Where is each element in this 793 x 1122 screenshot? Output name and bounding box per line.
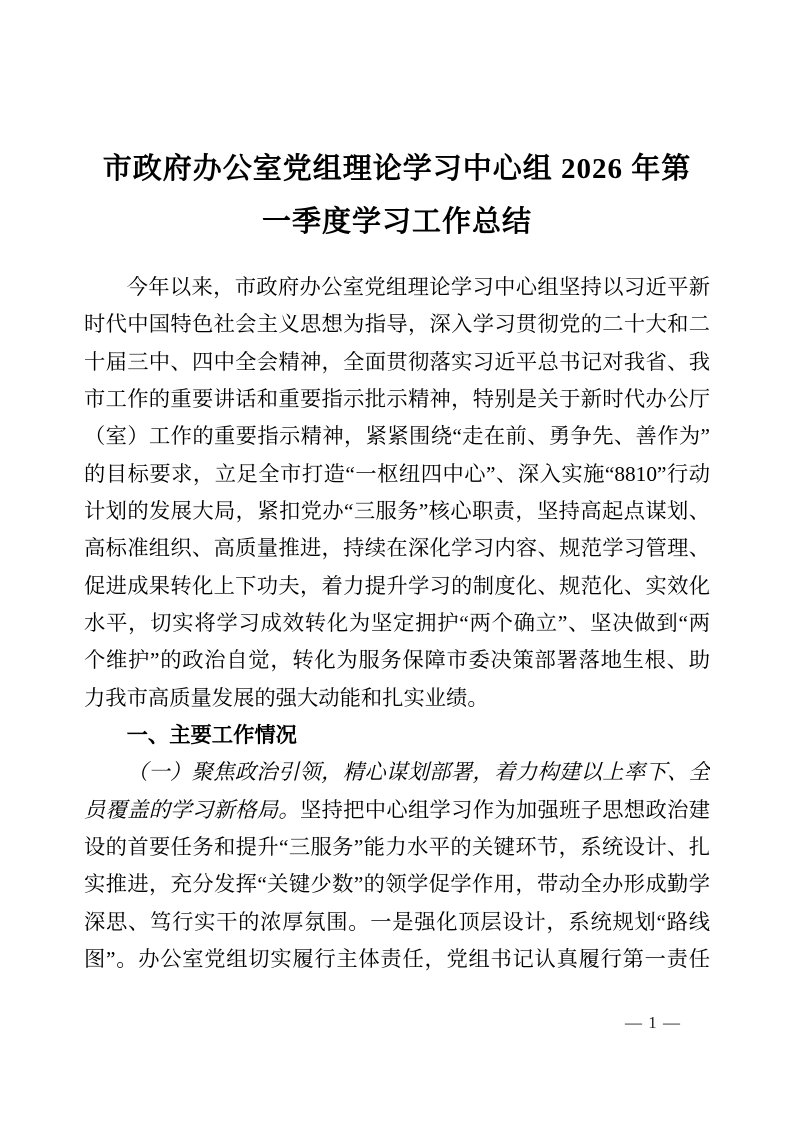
- intro-paragraph-line: 十届三中、四中全会精神，全面贯彻落实习近平总书记对我省、我: [84, 344, 710, 381]
- subsection-paragraph-line: 设的首要任务和提升“三服务”能力水平的关键环节，系统设计、扎: [84, 829, 710, 866]
- intro-paragraph-line: 市工作的重要讲话和重要指示批示精神，特别是关于新时代办公厅: [84, 381, 710, 418]
- intro-paragraph-line: 促进成果转化上下功夫，着力提升学习的制度化、规范化、实效化: [84, 568, 710, 605]
- subsection-lead-tail: 员覆盖的学习新格局。: [84, 798, 300, 822]
- intro-paragraph-line: 力我市高质量发展的强大动能和扎实业绩。: [84, 680, 710, 717]
- intro-paragraph-line: 个维护”的政治自觉，转化为服务保障市委决策部署落地生根、助: [84, 642, 710, 679]
- intro-paragraph-line: 计划的发展大局，紧扣党办“三服务”核心职责，坚持高起点谋划、: [84, 493, 710, 530]
- title-line-2: 一季度学习工作总结: [84, 196, 710, 249]
- intro-paragraph-line: 的目标要求，立足全市打造“一枢纽四中心”、深入实施“8810”行动: [84, 456, 710, 493]
- document-body: 今年以来，市政府办公室党组理论学习中心组坚持以习近平新 时代中国特色社会主义思想…: [84, 269, 710, 978]
- intro-paragraph-line: （室）工作的重要指示精神，紧紧围绕“走在前、勇争先、善作为”: [84, 418, 710, 455]
- page-number: — 1 —: [625, 1012, 681, 1034]
- subsection-lead-line: （一）聚焦政治引领，精心谋划部署，着力构建以上率下、全: [84, 754, 710, 791]
- title-line-1: 市政府办公室党组理论学习中心组 2026 年第: [84, 143, 710, 196]
- subsection-paragraph-line: 实推进，充分发挥“关键少数”的领学促学作用，带动全办形成勤学: [84, 866, 710, 903]
- subsection-paragraph-line: 图”。办公室党组切实履行主体责任，党组书记认真履行第一责任: [84, 941, 710, 978]
- document-page: 市政府办公室党组理论学习中心组 2026 年第 一季度学习工作总结 今年以来，市…: [0, 0, 793, 1122]
- subsection-paragraph-line: 深思、笃行实干的浓厚氛围。一是强化顶层设计，系统规划“路线: [84, 904, 710, 941]
- intro-paragraph-line: 时代中国特色社会主义思想为指导，深入学习贯彻党的二十大和二: [84, 306, 710, 343]
- intro-paragraph-line: 水平，切实将学习成效转化为坚定拥护“两个确立”、坚决做到“两: [84, 605, 710, 642]
- subsection-body-text: 坚持把中心组学习作为加强班子思想政治建: [300, 798, 710, 822]
- intro-paragraph-line: 高标准组织、高质量推进，持续在深化学习内容、规范学习管理、: [84, 530, 710, 567]
- subsection-mixed-line: 员覆盖的学习新格局。坚持把中心组学习作为加强班子思想政治建: [84, 792, 710, 829]
- intro-paragraph-line: 今年以来，市政府办公室党组理论学习中心组坚持以习近平新: [84, 269, 710, 306]
- section-heading: 一、主要工作情况: [84, 717, 710, 754]
- document-title: 市政府办公室党组理论学习中心组 2026 年第 一季度学习工作总结: [84, 143, 710, 249]
